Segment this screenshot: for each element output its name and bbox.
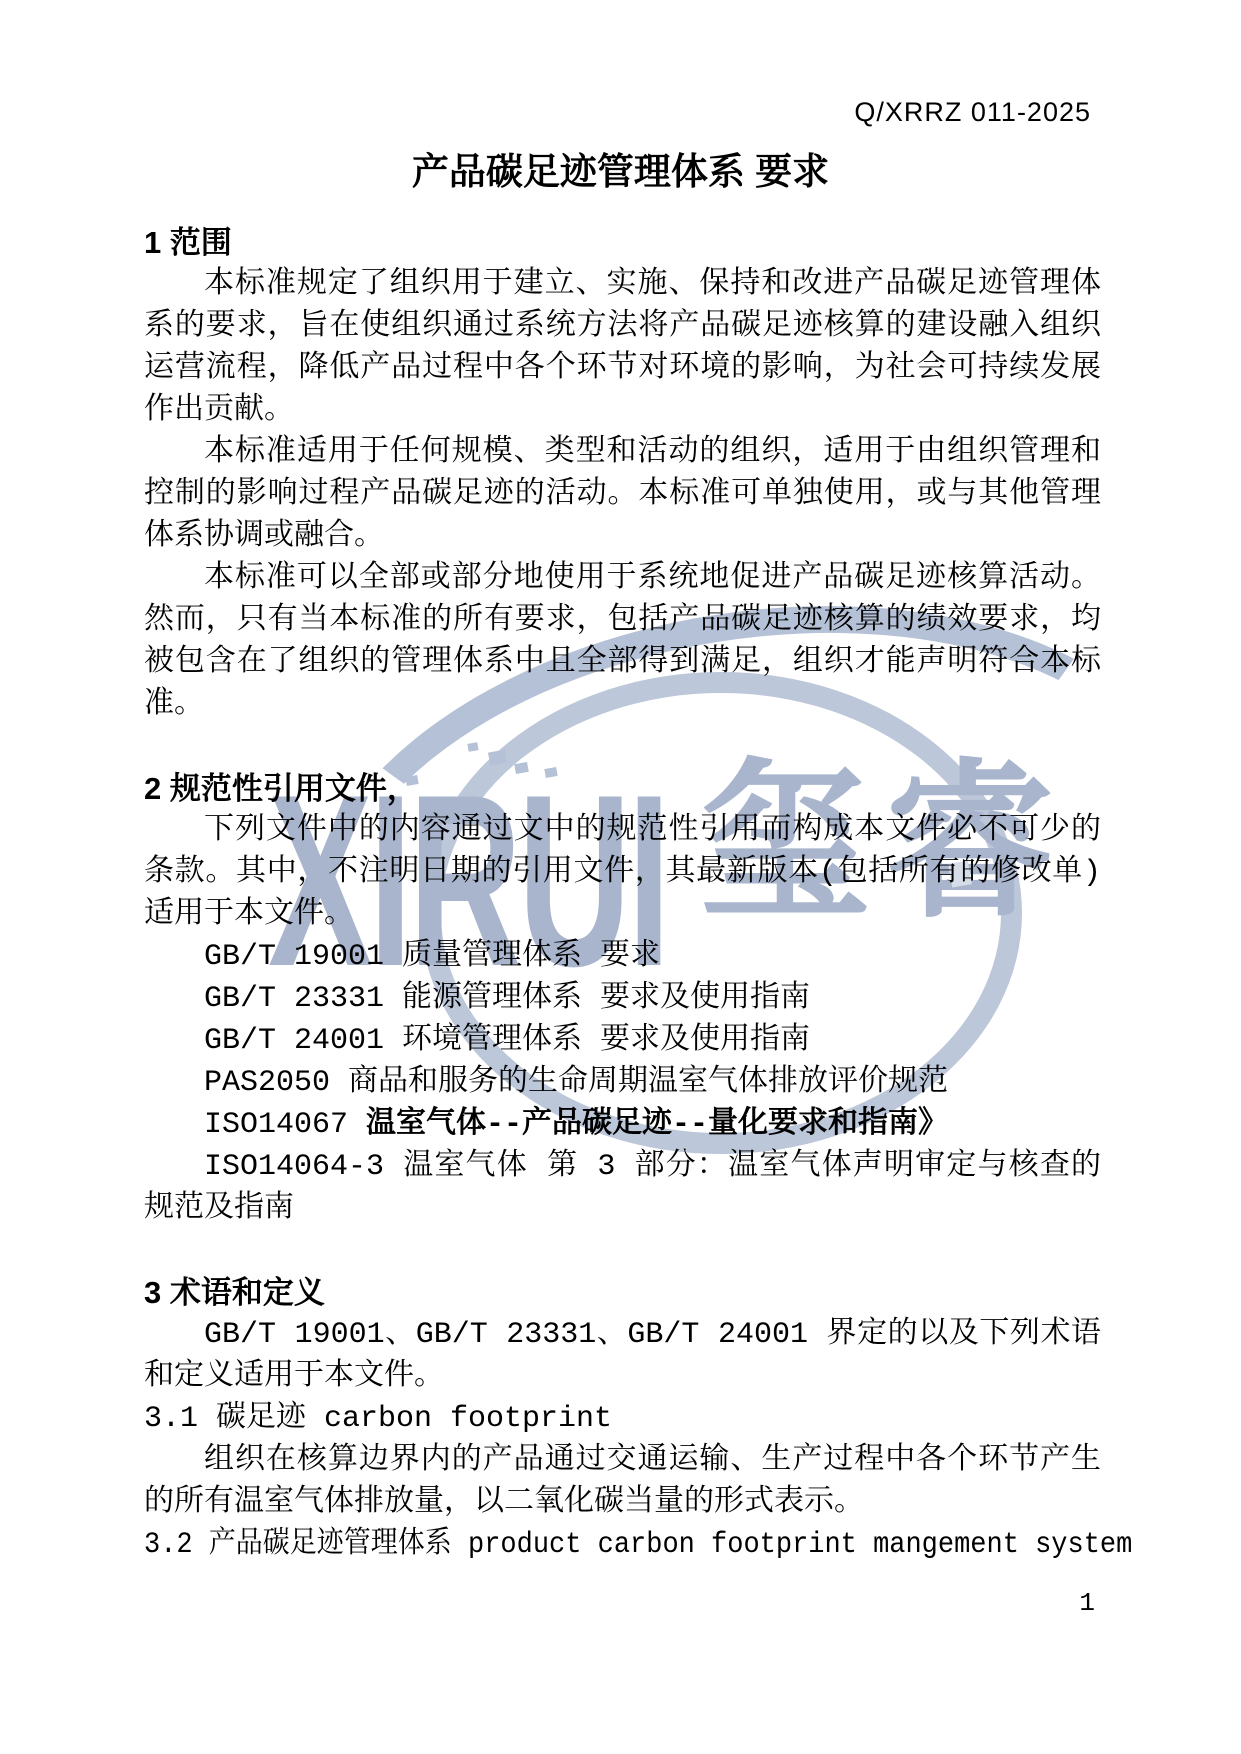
section-2-heading: 2 规范性引用文件， bbox=[144, 768, 1101, 810]
term-title: 3.1 碳足迹 carbon footprint bbox=[144, 1398, 1101, 1440]
document-title: 产品碳足迹管理体系 要求 bbox=[0, 150, 1241, 194]
section-3-heading: 3 术语和定义 bbox=[144, 1272, 1101, 1314]
document-number: Q/XRRZ 011-2025 bbox=[854, 97, 1091, 128]
reference-item: ISO14067 温室气体--产品碳足迹--量化要求和指南》 bbox=[144, 1104, 1101, 1146]
reference-code: ISO14067 bbox=[204, 1108, 366, 1142]
term-definition: 组织在核算边界内的产品通过交通运输、生产过程中各个环节产生的所有温室气体排放量，… bbox=[144, 1440, 1101, 1524]
section-1-heading: 1 范围 bbox=[144, 222, 1101, 264]
document-page: XIRUI 玺睿 Q/XRRZ 011-2025 产品碳足迹管理体系 要求 1 … bbox=[0, 0, 1241, 1754]
section-3-paragraph: GB/T 19001、GB/T 23331、GB/T 24001 界定的以及下列… bbox=[144, 1314, 1101, 1398]
page-number: 1 bbox=[1079, 1588, 1095, 1618]
reference-item: GB/T 19001 质量管理体系 要求 bbox=[144, 936, 1101, 978]
reference-item: GB/T 23331 能源管理体系 要求及使用指南 bbox=[144, 978, 1101, 1020]
document-body: 1 范围 本标准规定了组织用于建立、实施、保持和改进产品碳足迹管理体系的要求，旨… bbox=[144, 222, 1101, 1566]
reference-title-bold: 温室气体--产品碳足迹--量化要求和指南》 bbox=[366, 1108, 948, 1142]
section-1-paragraph: 本标准适用于任何规模、类型和活动的组织，适用于由组织管理和控制的影响过程产品碳足… bbox=[144, 432, 1101, 558]
reference-item: ISO14064-3 温室气体 第 3 部分：温室气体声明审定与核查的规范及指南 bbox=[144, 1146, 1101, 1230]
section-1-paragraph: 本标准可以全部或部分地使用于系统地促进产品碳足迹核算活动。然而，只有当本标准的所… bbox=[144, 558, 1101, 726]
section-2-paragraph: 下列文件中的内容通过文中的规范性引用而构成本文件必不可少的条款。其中，不注明日期… bbox=[144, 810, 1101, 936]
reference-item: GB/T 24001 环境管理体系 要求及使用指南 bbox=[144, 1020, 1101, 1062]
section-1-paragraph: 本标准规定了组织用于建立、实施、保持和改进产品碳足迹管理体系的要求，旨在使组织通… bbox=[144, 264, 1101, 432]
term-title: 3.2 产品碳足迹管理体系 product carbon footprint m… bbox=[144, 1524, 1005, 1566]
reference-item: PAS2050 商品和服务的生命周期温室气体排放评价规范 bbox=[144, 1062, 1101, 1104]
